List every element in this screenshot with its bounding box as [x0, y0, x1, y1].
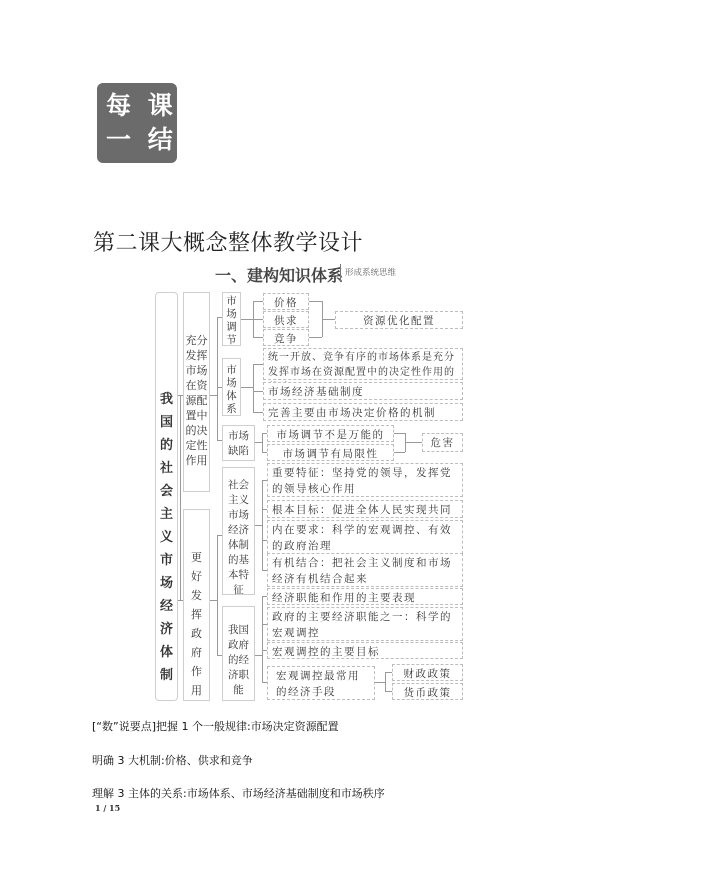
connector: [253, 364, 254, 412]
connector: [241, 319, 253, 320]
leaf-macro-regulation: 政府的主要经济职能之一：科学的宏观调控: [267, 607, 463, 641]
connector: [262, 596, 263, 682]
leaf-limitations: 市场调节有局限性: [267, 444, 394, 461]
note-line-2: 明确 3 大机制:价格、供求和竞争: [92, 752, 253, 768]
leaf-fiscal-policy: 财政政策: [392, 664, 463, 681]
leaf-inherent-requirement: 内在要求：科学的宏观调控、有效的政府治理: [267, 520, 463, 554]
connector: [262, 433, 263, 452]
section-heading: 一、建构知识体系: [215, 263, 343, 286]
leaf-basic-institutions: 市场经济基础制度: [263, 382, 463, 400]
connector: [255, 442, 262, 443]
leaf-not-omnipotent: 市场调节不是万能的: [267, 425, 394, 442]
connector: [385, 672, 386, 691]
connector: [253, 319, 263, 320]
leaf-harm: 危害: [422, 433, 463, 452]
leaf-price-mechanism: 完善主要由市场决定价格的机制: [263, 403, 463, 421]
connector: [178, 600, 183, 601]
leaf-resource-allocation: 资源优化配置: [335, 311, 463, 329]
leaf-main-goals: 宏观调控的主要目标: [267, 642, 463, 659]
connector: [322, 319, 335, 320]
leaf-important-feature: 重要特征：坚持党的领导，发挥党的领导核心作用: [267, 463, 463, 497]
node-gov-economic-functions: 我国政府的经济职能: [222, 606, 255, 701]
lesson-summary-badge: 每 课 一 结: [97, 83, 177, 163]
connector: [217, 535, 218, 655]
connector: [385, 691, 392, 692]
connector: [394, 452, 405, 453]
connector: [217, 655, 222, 656]
document-title: 第二课大概念整体教学设计: [93, 226, 363, 257]
connector: [255, 655, 262, 656]
connector: [262, 480, 263, 570]
connector: [217, 317, 218, 440]
connector: [309, 301, 322, 302]
connector: [253, 391, 263, 392]
leaf-supply-demand: 供求: [263, 311, 309, 328]
connector: [385, 672, 392, 673]
leaf-market-system-basis: 统一开放、竞争有序的市场体系是充分发挥市场在资源配置中的决定性作用的基础: [263, 348, 463, 380]
connector: [241, 387, 253, 388]
leaf-monetary-policy: 货币政策: [392, 683, 463, 700]
node-market-regulation: 市场调节: [222, 292, 241, 346]
connector: [253, 301, 263, 302]
connector: [217, 535, 222, 536]
connector: [210, 600, 217, 601]
leaf-organic-combination: 有机结合：把社会主义制度和市场经济有机结合起来: [267, 553, 463, 587]
connector: [217, 317, 222, 318]
connector: [309, 337, 322, 338]
node-market-system: 市场体系: [222, 358, 241, 416]
leaf-fundamental-goal: 根本目标：促进全体人民实现共同富裕: [267, 500, 463, 518]
leaf-competition: 竞争: [263, 329, 309, 346]
leaf-price: 价格: [263, 293, 309, 310]
connector: [253, 337, 263, 338]
connector: [394, 433, 405, 434]
connector: [253, 364, 263, 365]
node-basic-features: 社会主义市场经济体制的基本特征: [222, 467, 255, 595]
branch-market: 充分发挥市场在资源配置中的决定性作用: [183, 292, 210, 492]
branch-government: 更好发挥政府作用: [183, 509, 210, 701]
connector: [180, 395, 181, 600]
connector: [375, 682, 385, 683]
page-number: 1 / 15: [95, 803, 120, 813]
badge-line-2: 一 结: [106, 123, 177, 157]
leaf-main-manifestation: 经济职能和作用的主要表现: [267, 588, 463, 605]
connector: [178, 395, 183, 396]
connector: [405, 442, 422, 443]
connector: [217, 440, 222, 441]
leaf-economic-means: 宏观调控最常用的经济手段: [267, 666, 375, 700]
connector: [255, 525, 262, 526]
badge-line-1: 每 课: [106, 89, 177, 123]
connector: [210, 395, 217, 396]
node-market-defect: 市场缺陷: [222, 425, 255, 461]
note-line-3: 理解 3 主体的关系:市场体系、市场经济基础制度和市场秩序: [92, 785, 385, 801]
connector: [253, 412, 263, 413]
connector: [217, 387, 222, 388]
note-line-1: [“数”说要点]把握 1 个一般规律:市场决定资源配置: [92, 718, 339, 734]
root-node: 我国的社会主义市场经济体制: [155, 292, 178, 701]
section-subheading: 形成系统思维: [340, 264, 396, 282]
